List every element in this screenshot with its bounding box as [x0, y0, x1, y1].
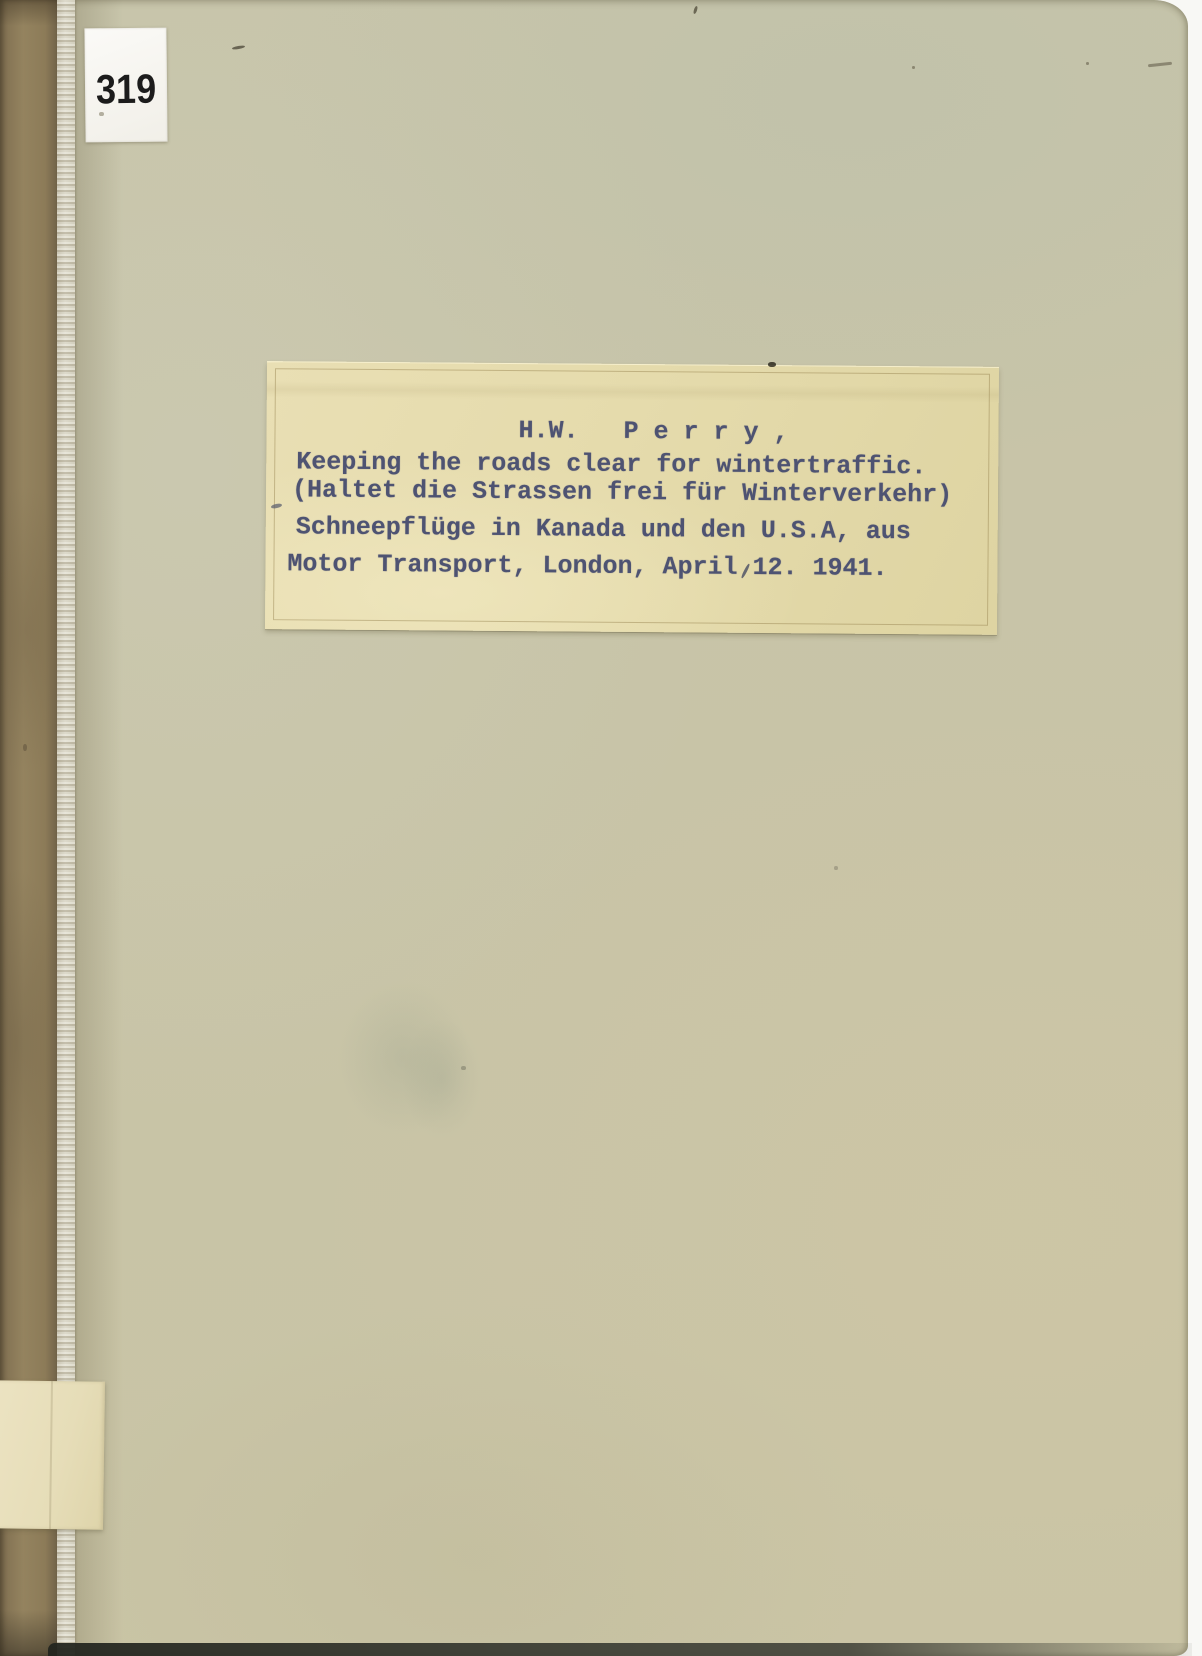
label-subject-line: Schneepflüge in Kanada und den U.S.A, au…	[296, 514, 911, 544]
title-label: H.W. P e r r y , Keeping the roads clear…	[265, 361, 999, 635]
shelf-number: 319	[90, 69, 163, 111]
corner-patch	[0, 1380, 105, 1530]
label-title-en-line: Keeping the roads clear for wintertraffi…	[296, 449, 926, 479]
cover-paper	[0, 0, 1188, 1656]
shelf-number-sticker: 319	[84, 28, 167, 143]
label-author-line: H.W. P e r r y ,	[518, 418, 788, 445]
bottom-edge-shadow	[48, 1643, 1192, 1656]
label-source-line: Motor Transport, London, April 12. 1941.	[287, 551, 887, 581]
label-title-de-line: (Haltet die Strassen frei für Winterverk…	[292, 477, 952, 507]
book-cover-scan: 319 H.W. P e r r y , Keeping the roads c…	[0, 0, 1202, 1656]
